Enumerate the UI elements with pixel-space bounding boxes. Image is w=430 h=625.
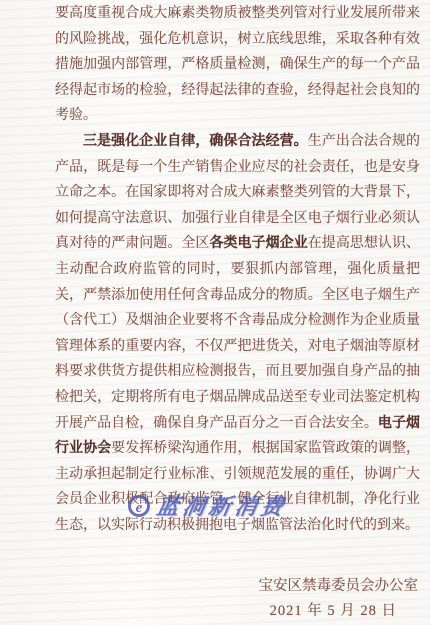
paragraph-text: 生产出合法合规的产品，既是每一个生产销售企业应尽的社会责任，也是安身立命之本。在… (55, 134, 420, 251)
paragraph: 要高度重视合成大麻素类物质被整类列管对行业发展所带来的风险挑战，强化危机意识，树… (55, 1, 420, 129)
signature-date: 2021 年 5 月 28 日 (259, 599, 419, 624)
document-body: 要高度重视合成大麻素类物质被整类列管对行业发展所带来的风险挑战，强化危机意识，树… (55, 1, 420, 538)
signature-block: 宝安区禁毒委员会办公室 2021 年 5 月 28 日 (259, 574, 419, 624)
document-page: 要高度重视合成大麻素类物质被整类列管对行业发展所带来的风险挑战，强化危机意识，树… (0, 0, 430, 625)
paragraph-text: 在提高思想认识、主动配合政府监管的同时，要狠抓内部管理，强化质量把关，严禁添加使… (55, 236, 420, 430)
paragraph: 三是强化企业自律，确保合法经营。生产出合法合规的产品，既是每一个生产销售企业应尽… (55, 129, 420, 539)
paragraph-text: 要高度重视合成大麻素类物质被整类列管对行业发展所带来的风险挑战，强化危机意识，树… (55, 6, 420, 123)
paragraph-text-bold: 三是强化企业自律，确保合法经营。 (83, 134, 308, 149)
signature-org: 宝安区禁毒委员会办公室 (259, 574, 419, 599)
paragraph-text-bold: 各类电子烟企业 (209, 236, 307, 251)
